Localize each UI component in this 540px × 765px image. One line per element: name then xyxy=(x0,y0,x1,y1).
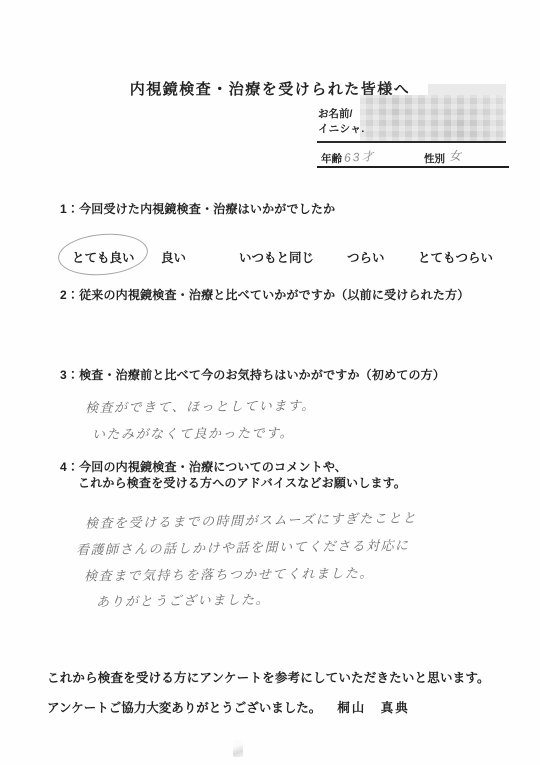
age-handwritten-value: 63才 xyxy=(344,147,376,166)
question-4-text-line1: 今回の内視鏡検査・治療についてのコメントや、 xyxy=(79,460,347,474)
q1-option-very-good: とても良い xyxy=(72,248,135,266)
q3-handwritten-answer-line2: いたみがなくて良かったです。 xyxy=(92,422,294,442)
q4-handwritten-answer-line2: 看護師さんの話しかけや話を聞いてくださる対応に xyxy=(76,535,410,559)
q4-handwritten-answer-line4: ありがとうございました。 xyxy=(96,589,270,610)
gender-handwritten-value: 女 xyxy=(449,147,464,164)
question-2: 2：従来の内視鏡検査・治療と比べていかがですか（以前に受けられた方） xyxy=(60,286,469,303)
q1-option-hard: つらい xyxy=(347,248,385,266)
questionnaire-scan-page: 内視鏡検査・治療を受けられた皆様へ お名前/ イニシャ. 年齢 63才 性別 女… xyxy=(0,0,540,765)
question-1-text: 今回受けた内視鏡検査・治療はいかがでしたか xyxy=(79,202,335,216)
question-4-line1: 4：今回の内視鏡検査・治療についてのコメントや、 xyxy=(60,459,406,475)
question-4: 4：今回の内視鏡検査・治療についてのコメントや、 これから検査を受ける方へのアド… xyxy=(60,459,406,491)
gender-label: 性別 xyxy=(424,151,445,166)
question-3-text: 検査・治療前と比べて今のお気持ちはいかがですか（初めての方） xyxy=(79,368,445,382)
q1-option-same-as-usual: いつもと同じ xyxy=(239,248,314,266)
q4-handwritten-answer-line1: 検査を受けるまでの時間がスムーズにすぎたことと xyxy=(85,507,417,532)
name-label-line1: お名前/ xyxy=(318,106,352,121)
question-3: 3：検査・治療前と比べて今のお気持ちはいかがですか（初めての方） xyxy=(60,366,445,383)
question-4-number: 4： xyxy=(60,460,79,474)
question-1-number: 1： xyxy=(60,202,79,216)
question-1: 1：今回受けた内視鏡検査・治療はいかがでしたか xyxy=(60,200,335,217)
name-label-line2: イニシャ. xyxy=(318,121,365,136)
age-label: 年齢 xyxy=(321,151,342,166)
footer-note-line2: アンケートご協力大変ありがとうございました。桐山 真典 xyxy=(47,698,410,716)
question-3-number: 3： xyxy=(60,368,79,382)
redacted-name-value xyxy=(360,95,506,142)
q1-option-very-hard: とてもつらい xyxy=(418,248,493,266)
scan-smudge-mark xyxy=(233,740,243,757)
q3-handwritten-answer-line1: 検査ができて、ほっとしています。 xyxy=(85,395,316,416)
q4-handwritten-answer-line3: 検査まで気持ちを落ちつかせてくれました。 xyxy=(84,562,374,584)
q1-option-good: 良い xyxy=(161,248,186,266)
question-1-options-row: とても良い 良い いつもと同じ つらい とてもつらい xyxy=(0,245,540,271)
question-2-text: 従来の内視鏡検査・治療と比べていかがですか（以前に受けられた方） xyxy=(79,288,469,302)
signature-name: 桐山 真典 xyxy=(337,701,410,715)
age-row-underline xyxy=(317,166,509,168)
footer-thanks-text: アンケートご協力大変ありがとうございました。 xyxy=(47,701,321,715)
footer-note-line1: これから検査を受ける方にアンケートを参考にしていただきたいと思います。 xyxy=(47,668,490,686)
name-row-underline xyxy=(317,141,506,143)
question-4-text-line2: これから検査を受ける方へのアドバイスなどお願いします。 xyxy=(78,475,406,491)
question-2-number: 2： xyxy=(60,288,79,302)
